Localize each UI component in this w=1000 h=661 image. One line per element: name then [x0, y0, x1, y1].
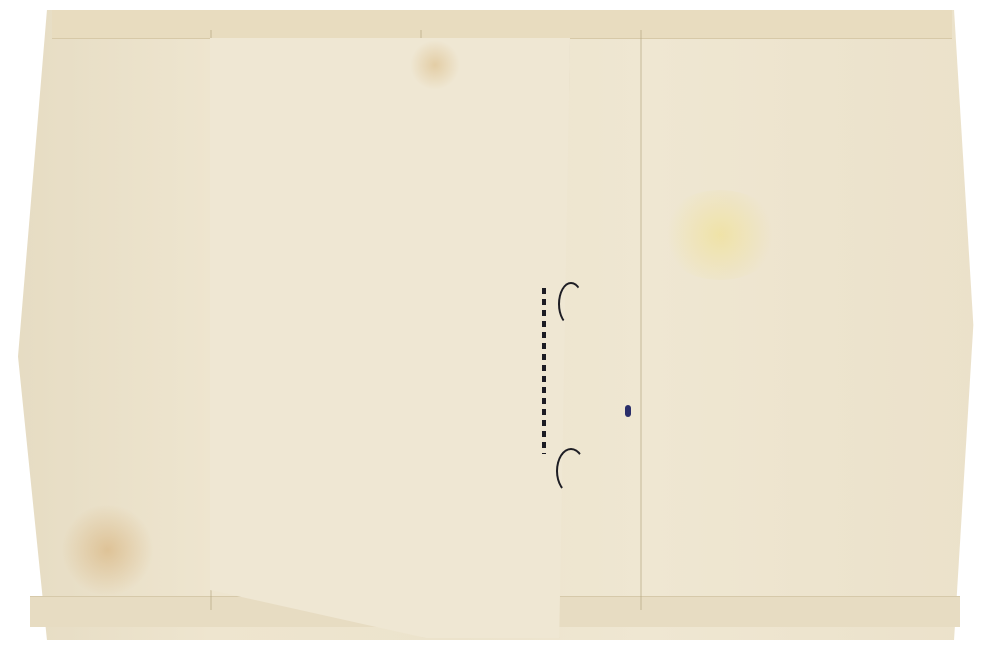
stain: [660, 190, 780, 280]
fold-line: [640, 30, 642, 610]
ink-mark: [625, 405, 631, 417]
stain: [60, 505, 155, 595]
loose-thread: [558, 282, 584, 326]
fabric-flap: [210, 38, 570, 638]
loose-thread: [556, 448, 586, 494]
stain: [410, 40, 460, 90]
stitch-line: [542, 288, 546, 454]
top-hem: [52, 10, 952, 39]
